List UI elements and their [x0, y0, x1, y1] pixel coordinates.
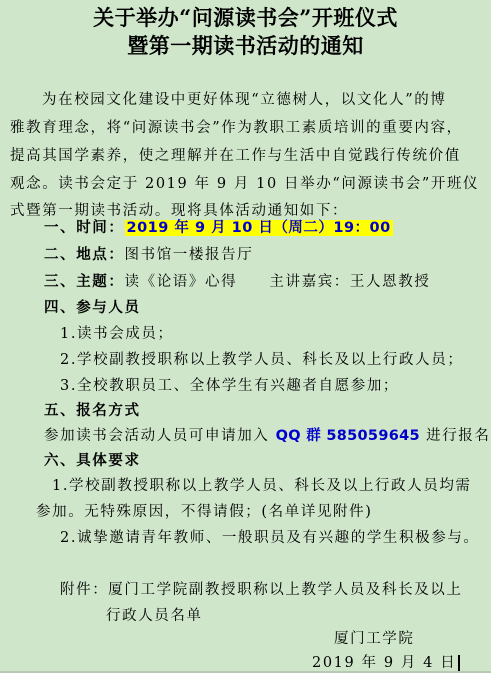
section-theme-value: 读《论语》心得 主讲嘉宾：王人恩教授: [125, 274, 431, 290]
section-registration-heading: 五、报名方式: [44, 399, 141, 420]
registration-text: 参加读书会活动人员可申请加入 QQ 群 585059645 进行报名: [44, 424, 491, 445]
intro-line-4: 观念。读书会定于 2019 年 9 月 10 日举办“问源读书会”开班仪: [10, 172, 479, 193]
notice-title-line2: 暨第一期读书活动的通知: [0, 30, 491, 60]
notice-title-line1: 关于举办“问源读书会”开班仪式: [0, 2, 491, 32]
section-participants-heading: 四、参与人员: [44, 296, 141, 317]
section-theme-label: 三、主题：: [44, 274, 125, 290]
signature-date: 2019 年 9 月 4 日: [312, 655, 456, 671]
participant-item-2: 2.学校副教授职称以上教学人员、科长及以上行政人员；: [60, 348, 463, 369]
participant-item-1: 1.读书会成员；: [60, 322, 174, 343]
registration-suffix: 进行报名: [426, 428, 490, 444]
intro-line-3: 提高其国学素养，使之理解并在工作与生活中自觉践行传统价值: [10, 144, 461, 165]
requirement-item-2: 2.诚挚邀请青年教师、一般职员及有兴趣的学生积极参与。: [60, 526, 480, 547]
section-place-label: 二、地点：: [44, 247, 125, 263]
section-requirements-heading: 六、具体要求: [44, 449, 141, 470]
qq-group-number: QQ 群 585059645: [276, 428, 420, 444]
requirement-item-1-line1: 1.学校副教授职称以上教学人员、科长及以上行政人员均需: [52, 474, 472, 495]
intro-line-2: 雅教育理念，将“问源读书会”作为教职工素质培训的重要内容，: [10, 116, 463, 137]
text-cursor: [458, 655, 460, 672]
section-time: 一、时间：2019 年 9 月 10 日（周二）19：00: [44, 216, 393, 237]
participant-item-3: 3.全校教职员工、全体学生有兴趣者自愿参加；: [60, 374, 399, 395]
section-theme: 三、主题：读《论语》心得 主讲嘉宾：王人恩教授: [44, 270, 430, 291]
signature-date-wrap: 2019 年 9 月 4 日: [312, 651, 460, 672]
section-time-value: 2019 年 9 月 10 日（周二）19：00: [125, 220, 393, 236]
attachment-line1: 附件：厦门工学院副教授职称以上教学人员及科长及以上: [60, 578, 463, 599]
section-place: 二、地点：图书馆一楼报告厅: [44, 243, 253, 264]
section-time-label: 一、时间：: [44, 220, 125, 236]
signature-organization: 厦门工学院: [334, 627, 415, 648]
registration-prefix: 参加读书会活动人员可申请加入: [44, 428, 269, 444]
attachment-line2: 行政人员名单: [106, 604, 203, 625]
section-place-value: 图书馆一楼报告厅: [125, 247, 254, 263]
requirement-item-1-line2: 参加。无特殊原因，不得请假；(名单详见附件): [36, 500, 373, 521]
intro-line-1: 为在校园文化建设中更好体现“立德树人，以文化人”的博: [42, 88, 446, 109]
